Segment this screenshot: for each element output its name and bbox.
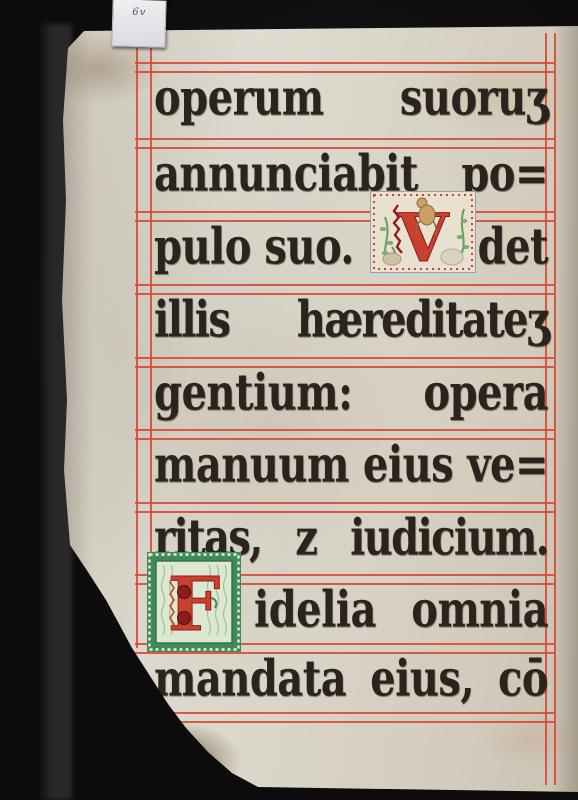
text-line-6: manuum eius ve= — [154, 427, 548, 507]
illuminated-initial-v: V — [370, 191, 476, 273]
text-line-5: gentium: opera — [154, 355, 548, 435]
line-text: gentium: opera — [154, 355, 548, 433]
folio-number: 6v — [132, 7, 146, 18]
line-text-before-initial: pulo suo. — [154, 209, 354, 289]
line-text: illis hæreditateʒ — [154, 282, 548, 360]
text-line-3: pulo suo. t det — [154, 209, 548, 289]
photo-backdrop: operum suoruʒ annunciabit po= pulo suo. … — [0, 0, 578, 800]
text-line-2: annunciabit po= — [154, 136, 548, 216]
initial-v-artwork: V — [370, 191, 476, 273]
line-text: manuum eius ve= — [154, 427, 548, 505]
initial-f-artwork: F — [147, 552, 241, 652]
line-text: mandata eius, cō — [154, 641, 548, 719]
line-text-after-initial: idelia omnia — [254, 572, 548, 650]
folio-tab: 6v — [111, 0, 166, 48]
flourish-dot — [178, 586, 191, 599]
text-line-8: idelia omnia — [254, 572, 548, 652]
vertical-rule — [136, 48, 138, 648]
line-text: operum suoruʒ — [154, 60, 548, 138]
text-line-1: operum suoruʒ — [154, 60, 548, 140]
manuscript-page: operum suoruʒ annunciabit po= pulo suo. … — [58, 24, 578, 794]
line-text: annunciabit po= — [154, 136, 548, 214]
text-line-9: mandata eius, cō — [154, 641, 548, 721]
text-line-4: illis hæreditateʒ — [154, 282, 548, 362]
initial-letter-f: F — [168, 562, 221, 648]
horizontal-rule — [135, 721, 554, 723]
flourish-dot — [178, 612, 191, 625]
vertical-rule — [554, 33, 556, 785]
illuminated-initial-f: F — [147, 552, 241, 652]
